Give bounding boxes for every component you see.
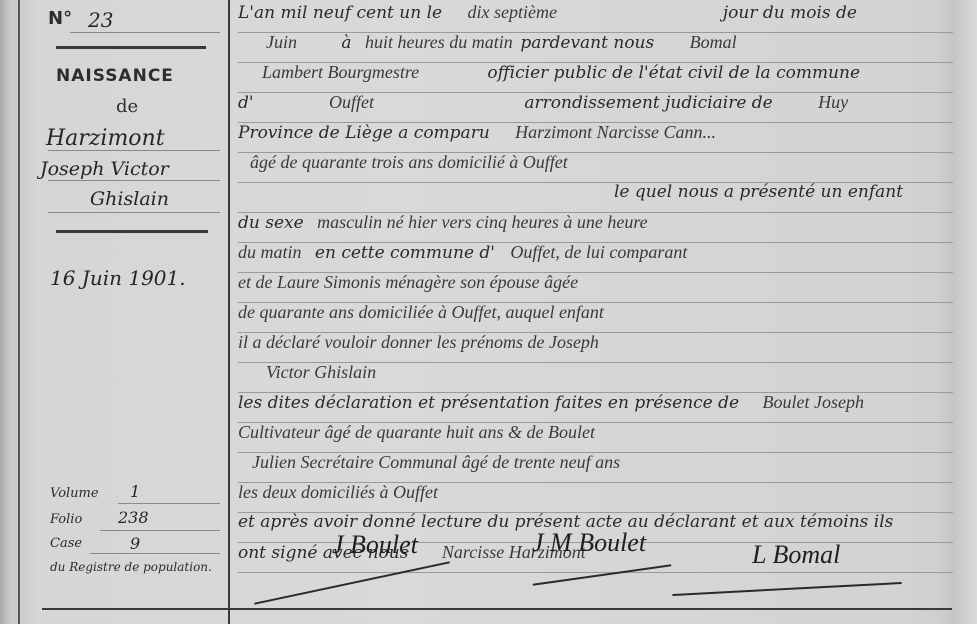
record-body: L'an mil neuf cent un le dix septième jo… (232, 0, 957, 624)
filled-text: dix septième (467, 2, 717, 23)
printed-text: en cette commune d' (315, 243, 495, 263)
printed-text: du sexe (238, 213, 304, 233)
record-number-label: N° (48, 8, 72, 29)
record-type-heading: NAISSANCE (56, 66, 174, 86)
filled-text: du matin (238, 242, 302, 263)
signature-2: J M Boulet (532, 528, 646, 558)
case-value: 9 (130, 534, 140, 553)
printed-text: L'an mil neuf cent un le (238, 3, 442, 23)
filled-text: Juin (266, 32, 336, 53)
signature-3-flourish (672, 582, 902, 596)
printed-text: pardevant nous (520, 33, 654, 53)
filled-text: huit heures du matin (365, 32, 515, 53)
printed-text: d' (238, 93, 254, 113)
filled-text: Boulet Joseph (762, 392, 863, 413)
folio-label: Folio (50, 512, 82, 527)
printed-text: arrondissement judiciaire de (524, 93, 772, 113)
body-line-4: d' Ouffet arrondissement judiciaire de H… (238, 92, 953, 123)
margin-column: N° 23 NAISSANCE de Harzimont Joseph Vict… (18, 0, 228, 624)
name-line-3 (48, 212, 220, 213)
body-line-11: de quarante ans domiciliée à Ouffet, auq… (238, 302, 953, 333)
name-line-1 (48, 150, 220, 151)
filled-text: il a déclaré vouloir donner les prénoms … (238, 332, 599, 353)
filled-text: de quarante ans domiciliée à Ouffet, auq… (238, 302, 604, 323)
body-line-6: âgé de quarante trois ans domicilié à Ou… (238, 152, 953, 183)
name-rule (56, 230, 208, 233)
body-line-12: il a déclaré vouloir donner les prénoms … (238, 332, 953, 363)
subject-given-names-1: Joseph Victor (40, 158, 169, 180)
filled-text: les deux domiciliés à Ouffet (238, 482, 438, 503)
record-type-preposition: de (116, 96, 138, 117)
printed-text: les dites déclaration et présentation fa… (238, 393, 739, 413)
folio-line (100, 530, 220, 531)
signature-3: L Bomal (752, 540, 840, 570)
name-line-2 (48, 180, 220, 181)
register-page: N° 23 NAISSANCE de Harzimont Joseph Vict… (0, 0, 977, 624)
printed-text: officier public de l'état civil de la co… (487, 63, 860, 83)
body-line-8: du sexe masculin né hier vers cinq heure… (238, 212, 953, 243)
volume-label: Volume (50, 486, 99, 501)
filled-text: masculin né hier vers cinq heures à une … (317, 212, 648, 233)
filled-text: Harzimont Narcisse Cann... (515, 122, 716, 143)
body-line-13: Victor Ghislain (238, 362, 953, 393)
column-divider (228, 0, 230, 624)
body-line-17: les deux domiciliés à Ouffet (238, 482, 953, 513)
body-line-16: Julien Secrétaire Communal âgé de trente… (238, 452, 953, 483)
bottom-rule-body (232, 608, 952, 610)
body-line-14: les dites déclaration et présentation fa… (238, 392, 953, 423)
body-line-10: et de Laure Simonis ménagère son épouse … (238, 272, 953, 303)
filled-text: âgé de quarante trois ans domicilié à Ou… (250, 152, 568, 173)
record-number: 23 (88, 8, 113, 32)
filled-text: Huy (818, 92, 848, 113)
body-line-1: L'an mil neuf cent un le dix septième jo… (238, 2, 953, 33)
filled-text: Ouffet (329, 92, 519, 113)
folio-value: 238 (118, 508, 149, 527)
filled-text: Ouffet, de lui comparant (510, 242, 687, 263)
case-line (90, 553, 220, 554)
case-label: Case (50, 536, 82, 551)
heading-rule (56, 46, 206, 49)
signature-1: J Boulet (332, 530, 418, 560)
filled-text: Cultivateur âgé de quarante huit ans & d… (238, 422, 595, 443)
register-label: du Registre de population. (50, 560, 212, 574)
body-line-3: Lambert Bourgmestre officier public de l… (238, 62, 953, 93)
filled-text: Lambert Bourgmestre (262, 62, 482, 83)
body-line-5: Province de Liège a comparu Harzimont Na… (238, 122, 953, 153)
subject-given-names-2: Ghislain (90, 188, 169, 210)
printed-text: jour du mois de (723, 3, 857, 23)
bottom-rule-left (42, 608, 232, 610)
body-line-7: le quel nous a présenté un enfant (238, 182, 953, 213)
body-line-15: Cultivateur âgé de quarante huit ans & d… (238, 422, 953, 453)
printed-text: Province de Liège a comparu (238, 123, 490, 143)
filled-text: et de Laure Simonis ménagère son épouse … (238, 272, 578, 293)
printed-text: le quel nous a présenté un enfant (614, 182, 903, 202)
adjacent-page-edge (957, 0, 977, 624)
body-line-9: du matin en cette commune d' Ouffet, de … (238, 242, 953, 273)
filled-text: Julien Secrétaire Communal âgé de trente… (252, 452, 620, 473)
margin-date: 16 Juin 1901. (50, 266, 186, 290)
filled-text: Victor Ghislain (266, 362, 376, 383)
filled-text: Bomal (690, 32, 737, 53)
number-underline (70, 32, 220, 33)
volume-line (118, 503, 220, 504)
body-line-2: Juin à huit heures du matin pardevant no… (238, 32, 953, 63)
printed-text: à (341, 33, 351, 53)
volume-value: 1 (130, 482, 140, 501)
subject-surname: Harzimont (46, 126, 165, 151)
